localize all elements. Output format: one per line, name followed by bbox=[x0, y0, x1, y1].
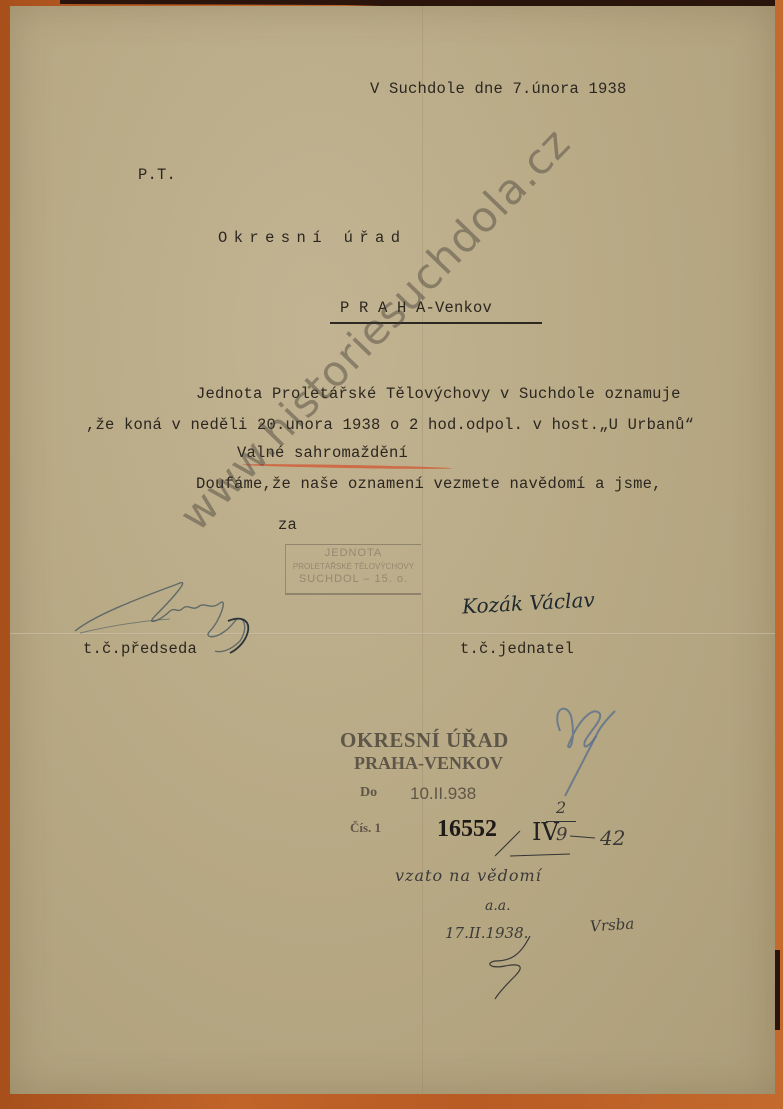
handwritten-signature: Vrsba bbox=[589, 914, 634, 935]
office-stamp-line-1: OKRESNÍ ÚŘAD bbox=[340, 728, 509, 753]
office-stamp-date: 10.II.938 bbox=[410, 784, 476, 804]
body-line-4: Doufáme,že naše oznamení vezmete navědom… bbox=[196, 475, 662, 493]
vertical-fold-line bbox=[422, 6, 423, 1094]
date-line: V Suchdole dne 7.února 1938 bbox=[370, 80, 627, 98]
recipient: Okresní úřad bbox=[218, 229, 406, 247]
pencil-strokes-icon bbox=[490, 826, 610, 866]
office-stamp-cis-label: Čís. 1 bbox=[350, 820, 381, 836]
pencil-paraph-icon bbox=[480, 931, 560, 1001]
handwritten-note: vzato na vědomí bbox=[395, 866, 542, 885]
org-stamp-line-2: PROLETÁŘSKÉ TĚLOVÝCHOVY bbox=[286, 560, 421, 573]
org-stamp-line-1: JEDNOTA bbox=[286, 547, 421, 560]
office-stamp-number: 16552 bbox=[437, 816, 497, 843]
closing: za bbox=[278, 516, 297, 534]
office-stamp-no-label: Do bbox=[360, 785, 377, 801]
handwritten-abbr: a.a. bbox=[485, 898, 511, 914]
fraction-top: 2 bbox=[556, 798, 566, 817]
secretary-role: t.č.jednatel bbox=[460, 640, 574, 658]
fraction-bar bbox=[546, 821, 576, 822]
document-paper: V Suchdole dne 7.února 1938 P.T. Okresní… bbox=[10, 6, 775, 1094]
secretary-signature: Kozák Václav bbox=[461, 588, 595, 619]
blue-pencil-initials-icon bbox=[530, 696, 620, 806]
chairman-role: t.č.předseda bbox=[83, 640, 197, 658]
body-line-1: Jednota Proletářské Tělovýchovy v Suchdo… bbox=[196, 385, 681, 403]
body-line-2: ,že koná v neděli 20.unora 1938 o 2 hod.… bbox=[86, 416, 694, 434]
office-stamp-line-2: PRAHA-VENKOV bbox=[354, 753, 503, 774]
org-stamp-line-3: SUCHDOL – 15. o. bbox=[286, 573, 421, 586]
salutation: P.T. bbox=[138, 166, 176, 184]
organization-stamp: JEDNOTA PROLETÁŘSKÉ TĚLOVÝCHOVY SUCHDOL … bbox=[285, 544, 421, 595]
